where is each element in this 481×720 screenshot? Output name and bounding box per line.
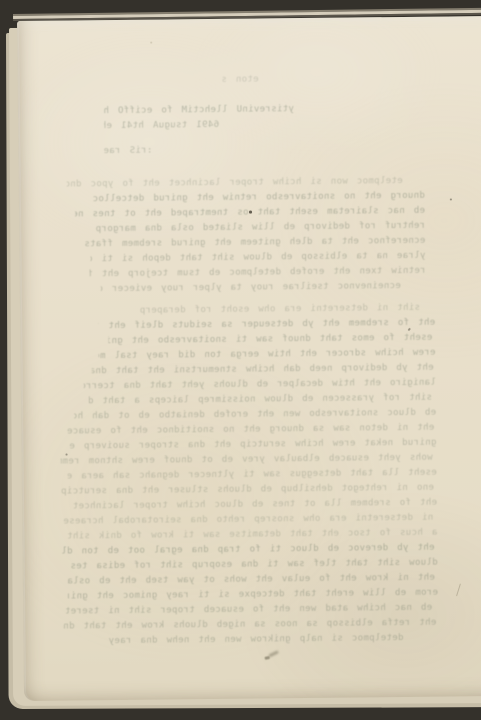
scratch-mark	[456, 584, 461, 597]
paper-marks-layer	[17, 15, 481, 701]
ink-speck	[249, 211, 252, 214]
ink-speck	[408, 328, 411, 332]
smudge-mark	[268, 650, 278, 657]
ink-speck	[66, 453, 68, 455]
smudge-mark	[264, 656, 269, 659]
ink-speck	[450, 198, 452, 200]
scan-background: eton sytisrevinU llehctiM fo eciffO hcra…	[0, 0, 481, 720]
paper-fleck	[150, 42, 152, 44]
book-page: eton sytisrevinU llehctiM fo eciffO hcra…	[17, 15, 481, 701]
